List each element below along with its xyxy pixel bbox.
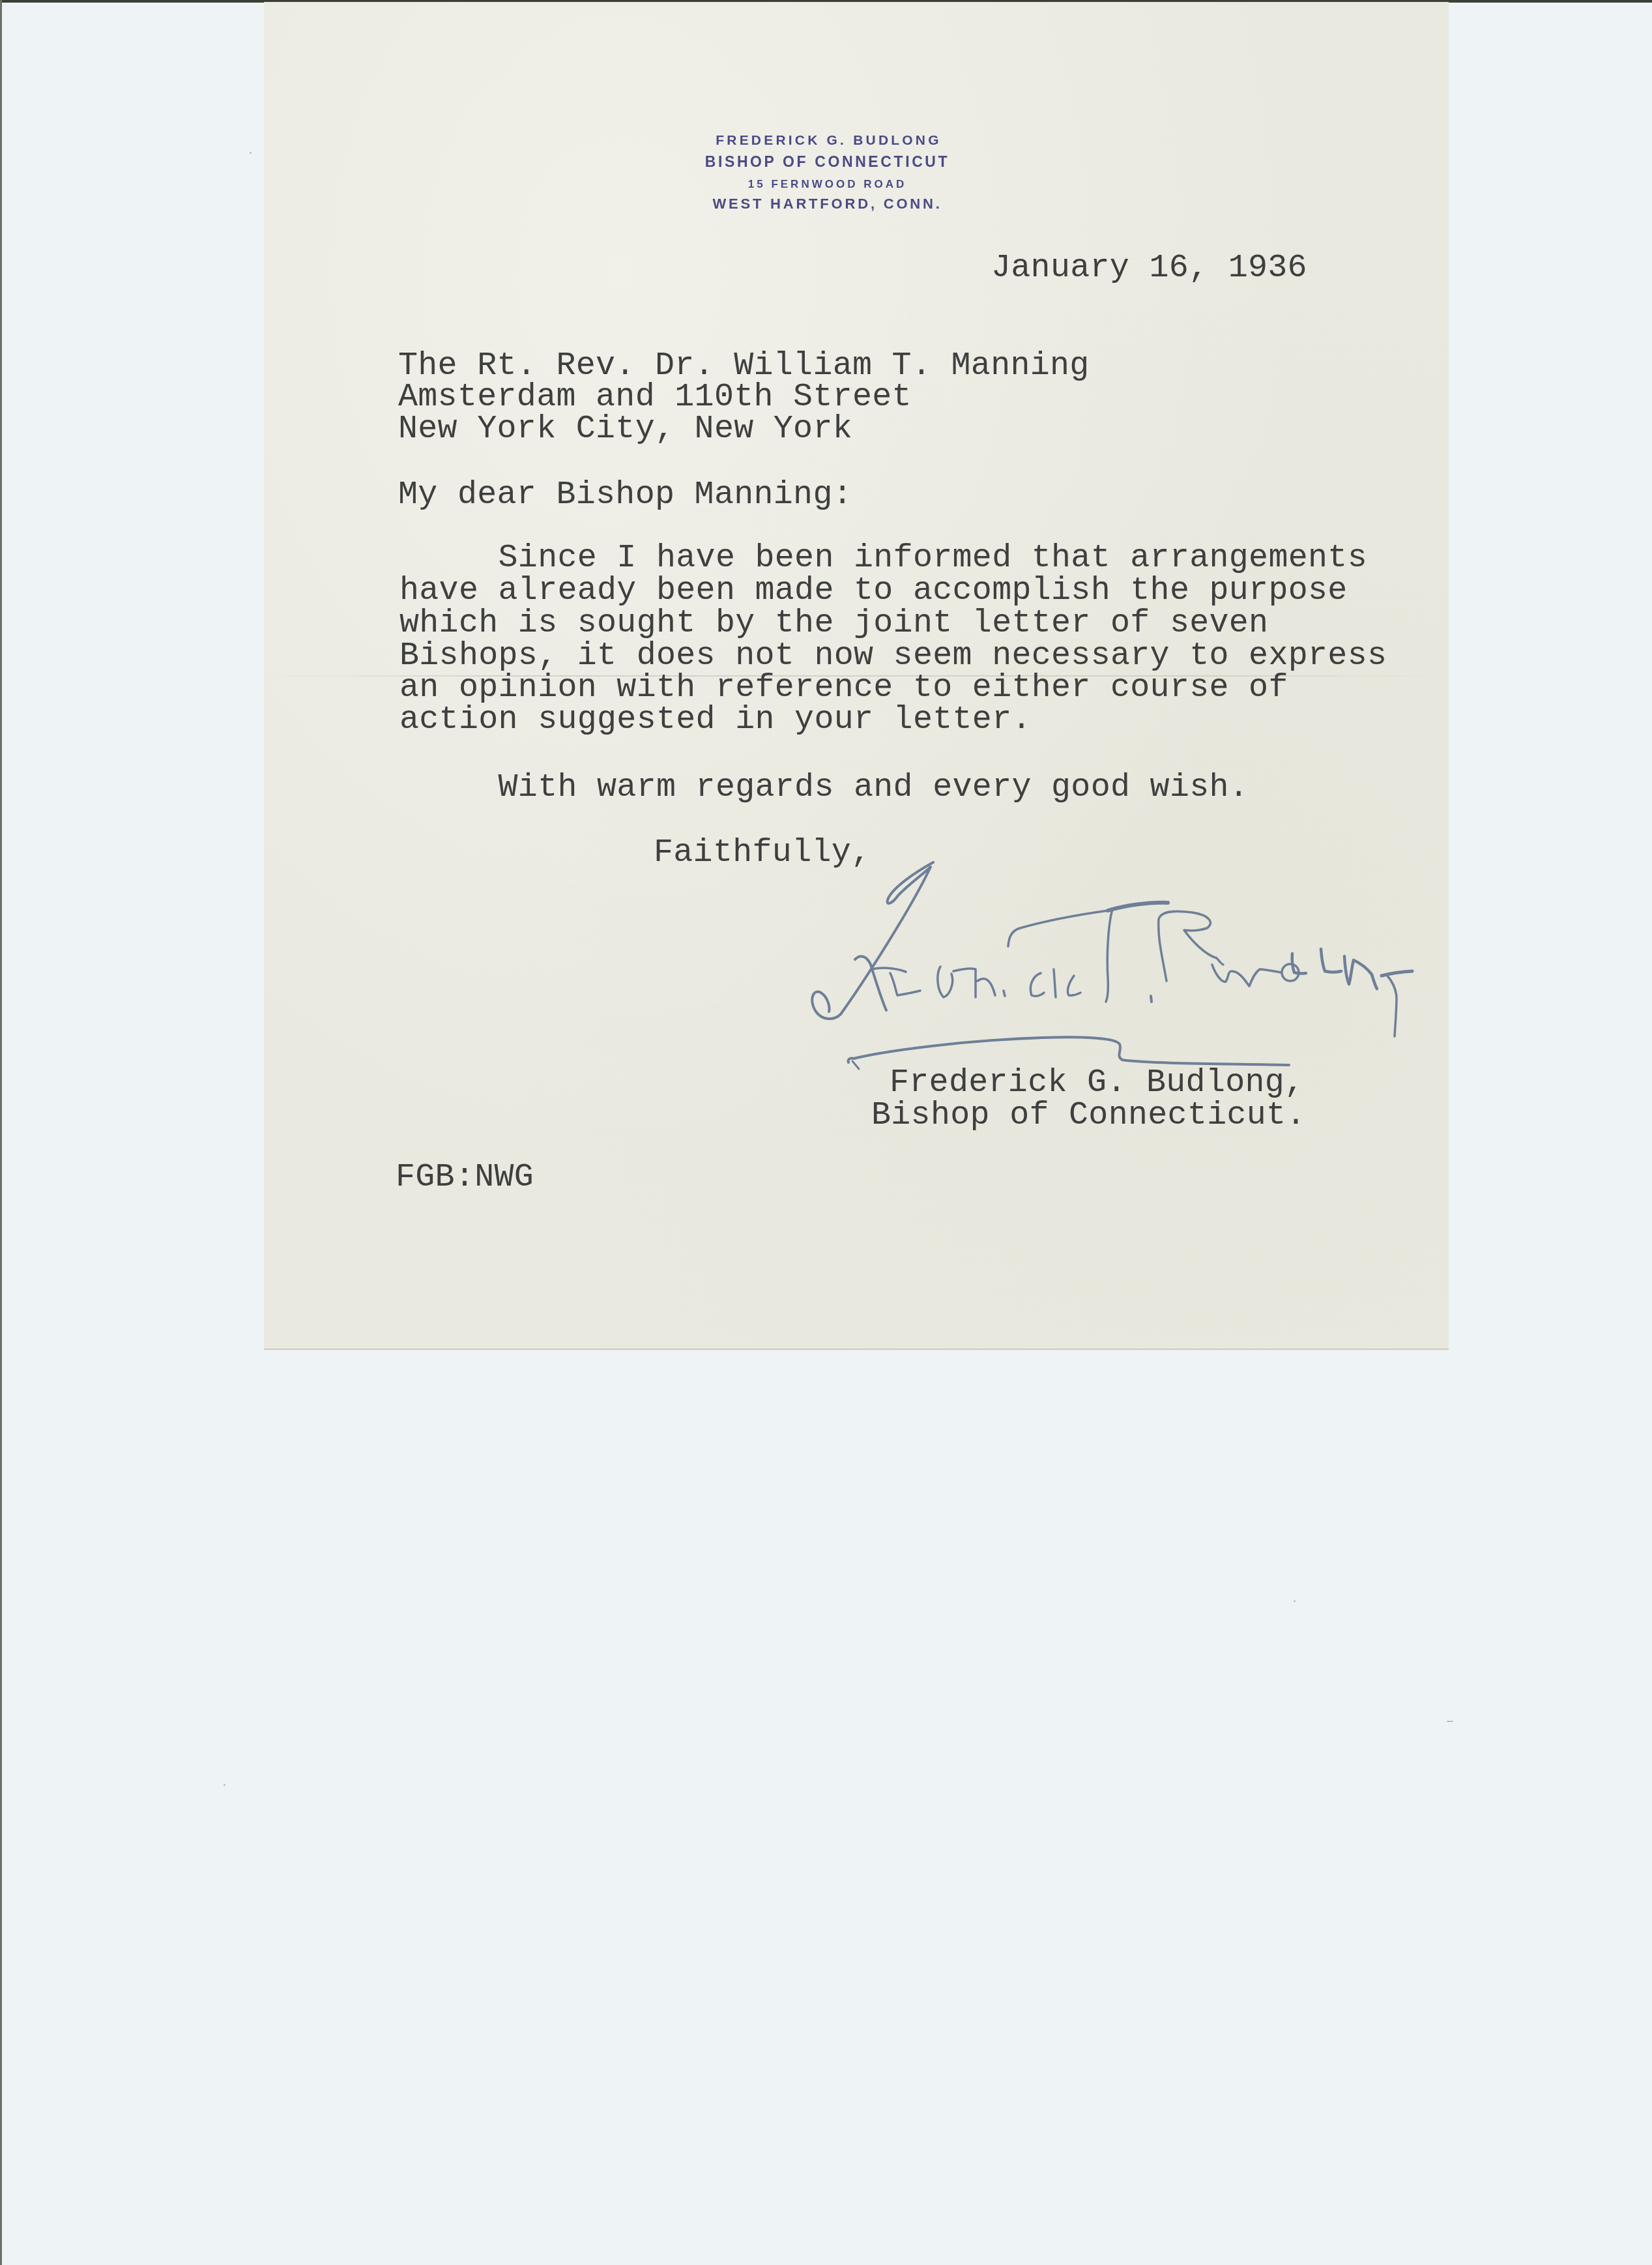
scanner-edge-left <box>0 0 2 2265</box>
dust-speck <box>250 152 252 154</box>
body-line: which is sought by the joint letter of s… <box>399 607 1268 640</box>
letterhead-street-line: 15 FERNWOOD ROAD <box>1 179 1652 190</box>
body-line: Since I have been informed that arrangem… <box>399 542 1367 575</box>
letterhead-title-line: BISHOP OF CONNECTICUT <box>1 154 1652 169</box>
letter-date: January 16, 1936 <box>991 252 1307 285</box>
signer-title: Bishop of Connecticut. <box>871 1100 1306 1132</box>
letterhead-title: BISHOP OF CONNECTICUT <box>705 154 949 169</box>
body-line: action suggested in your letter. <box>399 704 1032 737</box>
dust-speck <box>1294 1600 1296 1602</box>
letterhead-city: WEST HARTFORD, CONN. <box>712 197 942 211</box>
body-paragraph-2: With warm regards and every good wish. <box>399 772 1249 804</box>
closing: Faithfully, <box>654 837 871 869</box>
signer-name: Frederick G. Budlong, <box>890 1067 1304 1100</box>
salutation: My dear Bishop Manning: <box>398 479 852 512</box>
body-line: have already been made to accomplish the… <box>399 575 1348 607</box>
dust-speck <box>224 1784 225 1786</box>
body-line: an opinion with reference to either cour… <box>399 672 1288 705</box>
letterhead-name-line: FREDERICK G. BUDLONG <box>3 134 1652 147</box>
reference-initials: FGB:NWG <box>396 1162 534 1194</box>
letterhead-city-line: WEST HARTFORD, CONN. <box>1 197 1652 211</box>
recipient-name: The Rt. Rev. Dr. William T. Manning <box>398 350 1090 383</box>
recipient-street: Amsterdam and 110th Street <box>398 381 912 414</box>
recipient-city: New York City, New York <box>398 413 852 446</box>
dust-speck <box>1447 1721 1453 1722</box>
letterhead-street: 15 FERNWOOD ROAD <box>748 179 906 190</box>
letterhead-name: FREDERICK G. BUDLONG <box>716 134 942 147</box>
body-line: Bishops, it does not now seem necessary … <box>399 640 1387 673</box>
